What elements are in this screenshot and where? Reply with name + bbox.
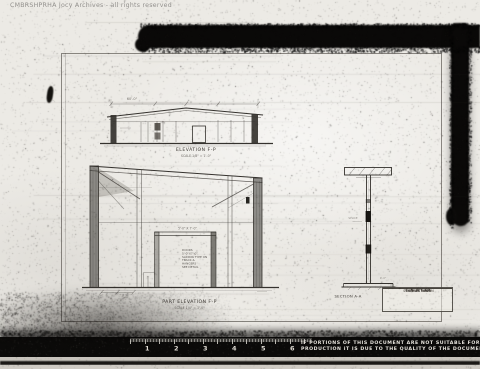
door-note-line: SEE DETAIL <box>182 266 209 269</box>
section-drawing <box>342 168 396 291</box>
top-elevation-drawing <box>100 99 273 146</box>
disclaimer-line-2: PRODUCTION IT IS DUE TO THE QUALITY OF T… <box>301 346 477 352</box>
title-line-4: OTTAWA - ONT. <box>383 289 454 293</box>
reproduction-disclaimer: IF PORTIONS OF THIS DOCUMENT ARE NOT SUI… <box>301 340 477 356</box>
film-blob <box>446 208 457 225</box>
archive-watermark-text: CMBRSHPRHA Jocy Archives - all rights re… <box>10 1 180 9</box>
door-note-line: DOORS 5'-0"X7'-0" <box>182 249 209 256</box>
title-block: C. N. R'Y. CO. FREIGHT SHED SCALE AS SHO… <box>382 287 453 312</box>
ruler-number: 5 <box>261 345 266 353</box>
bottom-strip-light-2 <box>0 365 480 369</box>
ruler-number: 1 <box>145 345 150 353</box>
ruler-number: 2 <box>174 345 179 353</box>
door-note-line: TRACK & HANGERS <box>182 259 209 266</box>
ruler-number: 3 <box>203 345 208 353</box>
title-block-row: OTTAWA - ONT. <box>383 288 452 294</box>
ruler-number: 4 <box>232 345 237 353</box>
film-artifact-right-bar <box>451 23 469 226</box>
ruler-numbers: 1 2 3 4 5 6 <box>130 338 315 356</box>
film-artifact-top-band <box>138 25 480 48</box>
ruler: 1 2 3 4 5 6 <box>130 338 315 356</box>
scanned-drawing-photo: CMBRSHPRHA Jocy Archives - all rights re… <box>0 0 480 369</box>
film-blob <box>135 37 151 52</box>
ruler-number: 6 <box>290 345 295 353</box>
